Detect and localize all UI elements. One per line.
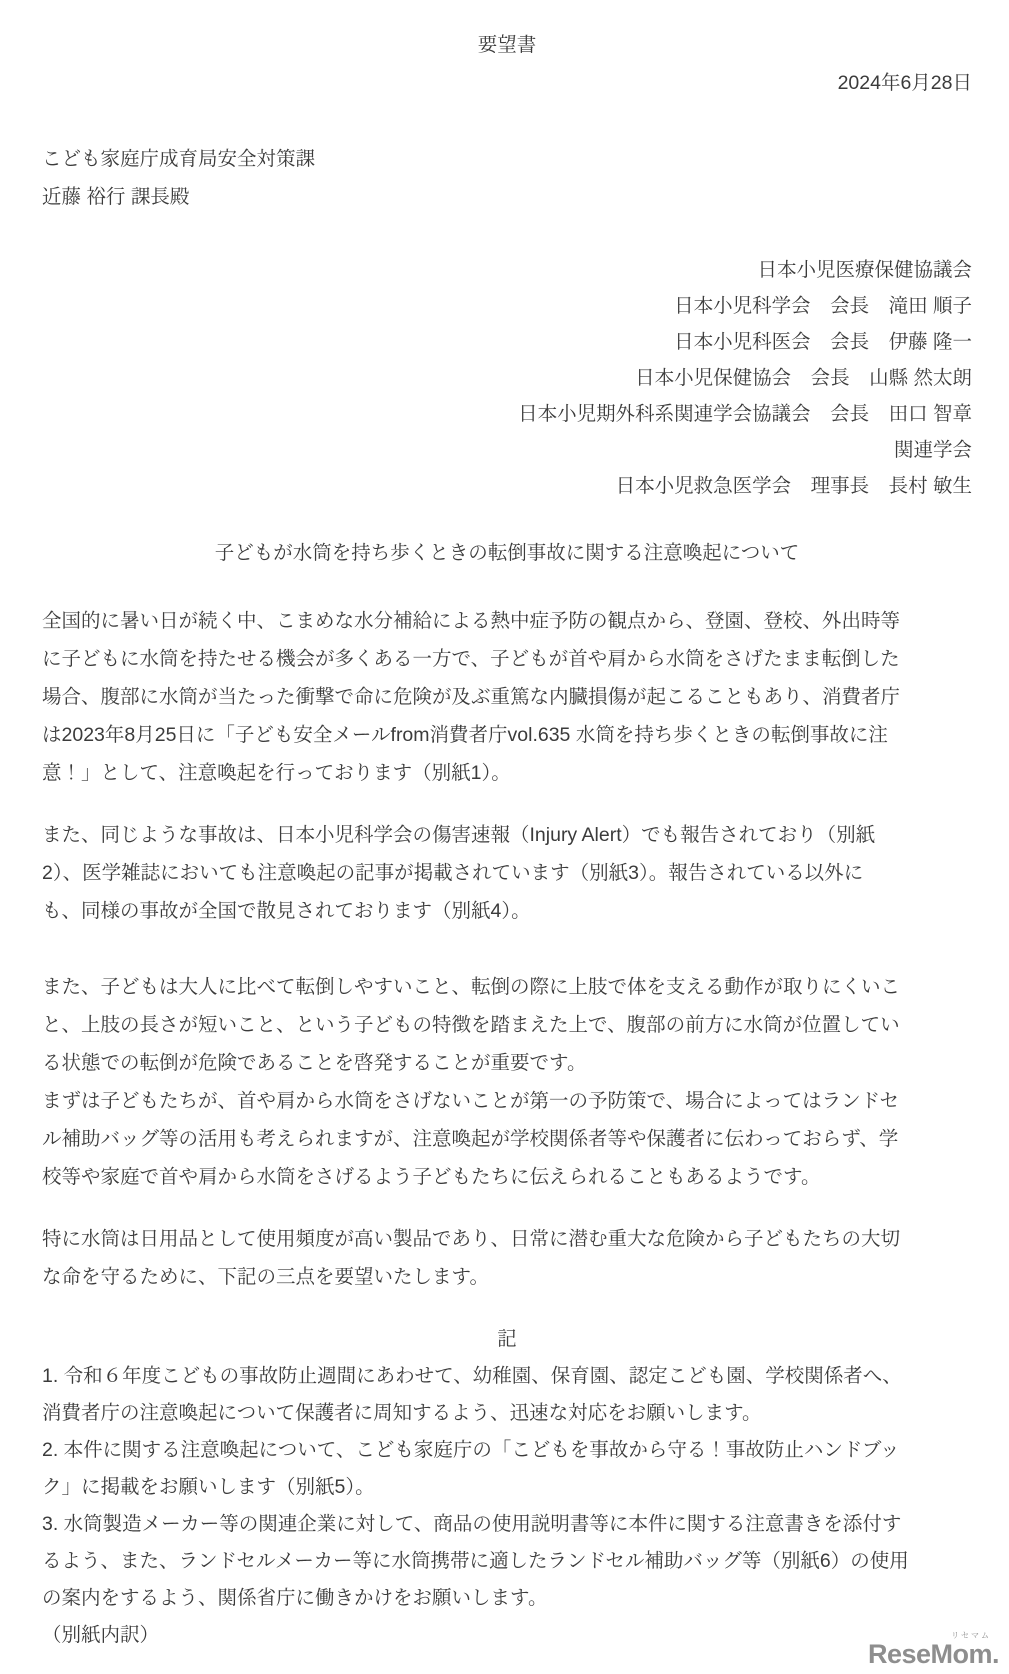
- recipient-line: こども家庭庁成育局安全対策課: [42, 140, 972, 178]
- subject-title: 子どもが水筒を持ち歩くときの転倒事故に関する注意喚起について: [42, 534, 972, 572]
- sender-line: 関連学会: [42, 432, 972, 468]
- paragraph-4: 特に水筒は日用品として使用頻度が高い製品であり、日常に潜む重大な危険から子どもた…: [42, 1220, 972, 1296]
- sender-line: 日本小児科医会 会長 伊藤 隆一: [42, 324, 972, 360]
- paragraph-2: また、同じような事故は、日本小児科学会の傷害速報（Injury Alert）でも…: [42, 816, 972, 930]
- sender-line: 日本小児期外科系関連学会協議会 会長 田口 智章: [42, 396, 972, 432]
- appendix-note: （別紙内訳）: [42, 1617, 972, 1654]
- recipient-line: 近藤 裕行 課長殿: [42, 178, 972, 216]
- request-item: 2. 本件に関する注意喚起について、こども家庭庁の「こどもを事故から守る！事故防…: [42, 1432, 972, 1506]
- resemom-logo-text: ReseMom.: [868, 1641, 999, 1668]
- paragraph-3: また、子どもは大人に比べて転倒しやすいこと、転倒の際に上肢で体を支える動作が取り…: [42, 968, 972, 1196]
- resemom-logo: リセマム ReseMom.: [868, 1632, 999, 1668]
- document-date: 2024年6月28日: [42, 64, 972, 102]
- request-item: 1. 令和６年度こどもの事故防止週間にあわせて、幼稚園、保育園、認定こども園、学…: [42, 1358, 972, 1432]
- document-title: 要望書: [42, 26, 972, 64]
- sender-block: 日本小児医療保健協議会日本小児科学会 会長 滝田 順子日本小児科医会 会長 伊藤…: [42, 252, 972, 504]
- section-marker-ki: 記: [42, 1320, 972, 1358]
- recipient-block: こども家庭庁成育局安全対策課近藤 裕行 課長殿: [42, 140, 972, 216]
- request-items-list: 1. 令和６年度こどもの事故防止週間にあわせて、幼稚園、保育園、認定こども園、学…: [42, 1358, 972, 1617]
- request-item: 3. 水筒製造メーカー等の関連企業に対して、商品の使用説明書等に本件に関する注意…: [42, 1506, 972, 1617]
- sender-line: 日本小児保健協会 会長 山縣 然太朗: [42, 360, 972, 396]
- sender-line: 日本小児科学会 会長 滝田 順子: [42, 288, 972, 324]
- paragraph-1: 全国的に暑い日が続く中、こまめな水分補給による熱中症予防の観点から、登園、登校、…: [42, 602, 972, 792]
- document-page: 要望書 2024年6月28日 こども家庭庁成育局安全対策課近藤 裕行 課長殿 日…: [0, 0, 1009, 1674]
- sender-line: 日本小児救急医学会 理事長 長村 敏生: [42, 468, 972, 504]
- sender-line: 日本小児医療保健協議会: [42, 252, 972, 288]
